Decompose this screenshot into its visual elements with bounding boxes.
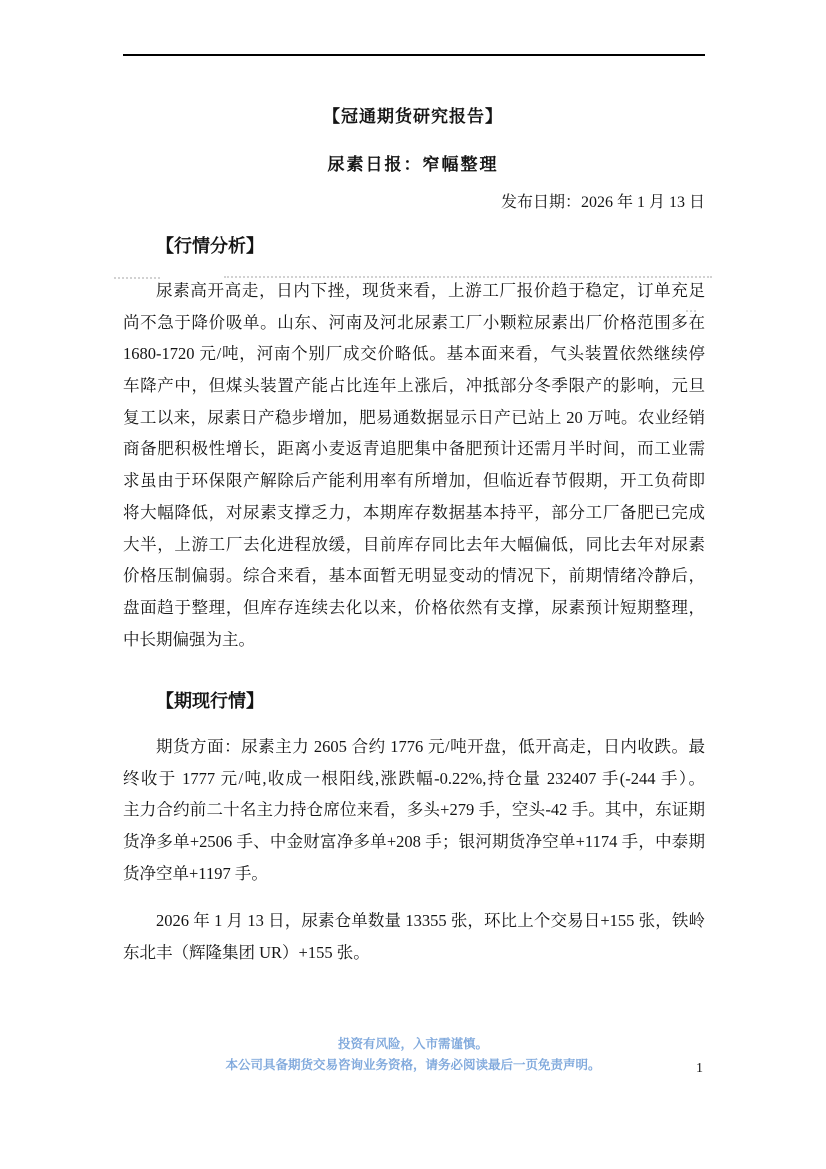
body-line: 终收于 1777 元/吨,收成一根阳线,涨跌幅-0.22%,持仓量 232407…: [123, 763, 705, 795]
body-line: 复工以来，尿素日产稳步增加，肥易通数据显示日产已站上 20 万吨。农业经销: [123, 402, 705, 434]
body-line: 商备肥积极性增长，距离小麦返青追肥集中备肥预计还需月半时间，而工业需: [123, 433, 705, 465]
body-line: 期货方面：尿素主力 2605 合约 1776 元/吨开盘，低开高走，日内收跌。最: [123, 731, 705, 763]
body-line: 1680-1720 元/吨，河南个别厂成交价略低。基本面来看，气头装置依然继续停: [123, 338, 705, 370]
body-line: 求虽由于环保限产解除后产能利用率有所增加，但临近春节假期，开工负荷即: [123, 465, 705, 497]
body-line: 车降产中，但煤头装置产能占比连年上涨后，冲抵部分冬季限产的影响，元旦: [123, 370, 705, 402]
body-line: 价格压制偏弱。综合来看，基本面暂无明显变动的情况下，前期情绪冷静后，: [123, 560, 705, 592]
body-line: 主力合约前二十名主力持仓席位来看，多头+279 手，空头-42 手。其中，东证期: [123, 794, 705, 826]
market-paragraph-futures: 期货方面：尿素主力 2605 合约 1776 元/吨开盘，低开高走，日内收跌。最…: [123, 731, 705, 889]
market-paragraph-warehouse: 2026 年 1 月 13 日，尿素仓单数量 13355 张，环比上个交易日+1…: [123, 905, 705, 968]
section-heading-analysis: 【行情分析】: [156, 233, 264, 259]
body-line: 2026 年 1 月 13 日，尿素仓单数量 13355 张，环比上个交易日+1…: [123, 905, 705, 937]
header-rule: [123, 54, 705, 56]
body-line: 将大幅降低，对尿素支撑乏力，本期库存数据基本持平，部分工厂备肥已完成: [123, 497, 705, 529]
body-line: 货净多单+2506 手、中金财富净多单+208 手；银河期货净空单+1174 手…: [123, 826, 705, 858]
body-line: 中长期偏强为主。: [123, 624, 705, 656]
section-heading-market: 【期现行情】: [156, 688, 264, 714]
report-title: 【冠通期货研究报告】: [0, 104, 826, 130]
body-line: 盘面趋于整理，但库存连续去化以来，价格依然有支撑，尿素预计短期整理，: [123, 592, 705, 624]
publish-date: 发布日期：2026 年 1 月 13 日: [123, 191, 705, 215]
body-line: 东北丰（辉隆集团 UR）+155 张。: [123, 937, 705, 969]
footer-risk-warning: 投资有风险，入市需谨慎。: [0, 1034, 826, 1054]
body-line: 货净空单+1197 手。: [123, 858, 705, 890]
page-number: 1: [123, 1059, 703, 1079]
body-line: 大半，上游工厂去化进程放缓，目前库存同比去年大幅偏低，同比去年对尿素: [123, 529, 705, 561]
report-subtitle: 尿素日报：窄幅整理: [0, 152, 826, 178]
report-page: 【冠通期货研究报告】 尿素日报：窄幅整理 发布日期：2026 年 1 月 13 …: [0, 0, 826, 1169]
body-line: 尿素高开高走，日内下挫，现货来看，上游工厂报价趋于稳定，订单充足: [123, 275, 705, 307]
body-line: 尚不急于降价吸单。山东、河南及河北尿素工厂小颗粒尿素出厂价格范围多在: [123, 307, 705, 339]
analysis-paragraph: 尿素高开高走，日内下挫，现货来看，上游工厂报价趋于稳定，订单充足 尚不急于降价吸…: [123, 275, 705, 655]
